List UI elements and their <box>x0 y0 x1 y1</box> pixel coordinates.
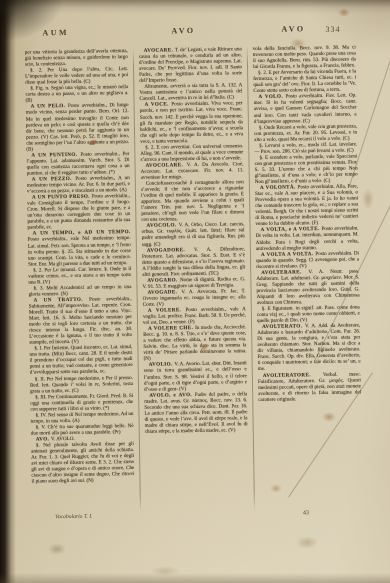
dictionary-paragraph: A VOLO. Posto avverbialm. Fior. Lett. Op… <box>253 93 356 125</box>
entry-headword: AVOLIO. <box>149 362 175 368</box>
page-content: AUM AVO AVO 334 per una vittoria la gran… <box>0 0 390 583</box>
page-number: 334 <box>325 25 340 34</box>
dictionary-paragraph: Conciofussecosachè il romagnuolo allora … <box>141 179 245 223</box>
dictionary-paragraph: §. Onde Recarsi a volo, vale con gran pr… <box>254 123 357 143</box>
entry-headword: AVOCARE. <box>144 47 175 53</box>
footer-volume-label: Vocabolario T. I. <box>55 514 93 521</box>
dictionary-paragraph: A VOLERE CHE. In modo che, Acciocchè. Bo… <box>143 324 247 362</box>
entry-headword: AVOLTERATORE. <box>263 372 323 379</box>
entry-headword: AVOGARO. <box>147 277 180 284</box>
entry-headword: AVOLO, e AVO. <box>149 392 195 399</box>
dictionary-paragraph: AVOLTERATO. V. A. Add. da Avolterare, Ad… <box>257 323 361 373</box>
entry-headword: A VOLERE CHE. <box>148 325 195 332</box>
dictionary-paragraph: vola della fanciulla. Bocc. nov. 9. 38. … <box>253 44 356 70</box>
dictionary-paragraph: AVOGADORE. V. A. Difenditore, Protettore… <box>142 246 245 278</box>
entry-headword: AVOCOLO. <box>146 223 178 230</box>
header-center-label: AVO <box>171 26 195 35</box>
dictionary-paragraph: A UN PELO. Posto avverbialm., Di lungo m… <box>26 102 130 152</box>
entry-headword: AVOCOLARE. <box>146 162 187 169</box>
text-columns: per una vittoria la grandezza dell’averl… <box>25 44 363 513</box>
entry-headword: AVOGADORE. <box>147 247 194 254</box>
entry-headword: A VOLERE. <box>148 307 186 314</box>
entry-headword: A VOCE. <box>145 102 172 108</box>
dictionary-paragraph: §. E figuratam. in signif. att. Pass. co… <box>257 304 360 324</box>
dictionary-paragraph: AVOLIO. V. A. Avorio. Lat. ebur. Ditt. I… <box>144 361 247 393</box>
dictionary-paragraph: §. E scendere a volo, parlando, vale Spa… <box>254 153 357 185</box>
dictionary-paragraph: AVOCOLARE. V. A. Da Avocolo. Cioè, Accec… <box>141 161 244 181</box>
dictionary-paragraph: §. 2. E per Avversario da lui vicenda Fu… <box>253 69 356 95</box>
entry-headword: AVOLTERARE. <box>261 269 308 276</box>
dictionary-paragraph: A UN TEMPO, e AD UN TEMPO. Posto avverbi… <box>28 229 132 267</box>
dictionary-paragraph: §. I. Per Insieme, Quasi incontro, ec. L… <box>29 344 132 376</box>
text-column-1: per una vittoria la grandezza dell’averl… <box>25 48 135 514</box>
text-column-3: vola della fanciulla. Bocc. nov. 9. 38. … <box>253 44 363 510</box>
dictionary-paragraph: A UN PEZZO. Posto avverbialm., A un mede… <box>27 175 130 195</box>
scanned-page: AUM AVO AVO 334 per una vittoria la gran… <box>0 0 390 583</box>
dictionary-paragraph: §. II. Per Nel tempo medesimo, e Per il … <box>30 375 133 395</box>
dictionary-paragraph: §. Fig. n. Segnò una vigna, ec.; le misu… <box>25 84 128 104</box>
dictionary-paragraph: A UN PUNTINO. Posto avverbialm., Per l’a… <box>26 151 129 177</box>
scan-bottom-shadow <box>0 573 390 583</box>
dictionary-paragraph: Altramente, avverrà o sia tutta la S. A.… <box>139 83 242 103</box>
dictionary-paragraph: §. 2. Per Una dopo l’altra. Cic. Lett. L… <box>25 66 128 86</box>
book-gutter-shadow <box>0 0 16 583</box>
entry-headword: A VOLO. <box>258 94 285 100</box>
entry-headword: A UN PEZZO. <box>32 176 76 183</box>
dictionary-paragraph: A VOLTA, e A VOLTE. Posto avverbialm. Di… <box>256 226 359 252</box>
header-right-label: AVO <box>281 24 305 33</box>
dictionary-paragraph: §. Nel plurale talvolta Avoli disse per … <box>31 441 135 485</box>
entry-headword: A UN PUNTINO. <box>31 152 80 159</box>
dictionary-paragraph: AVOCARE. T. de’ Legisti, e vale Ritirare… <box>139 46 243 84</box>
dictionary-paragraph: A UN PUNTO PRESO. Posto avverbialm., val… <box>27 193 131 231</box>
dictionary-paragraph: §. 2. Per Lo innanzi. Car. lettere. §. O… <box>28 266 131 286</box>
dictionary-paragraph: A UN TRATTO. Posto avverbialm., Subitame… <box>29 296 133 346</box>
entry-headword: A UN TRATTO. <box>34 297 90 304</box>
entry-headword: A UN TEMPO, e AD UN TEMPO. <box>33 229 131 237</box>
dictionary-paragraph: AVOCOLO. V. A. Orbo, Cieco. Lat. caecus,… <box>141 222 244 248</box>
entry-headword: A VOLONTÀ. <box>260 184 298 191</box>
entry-headword: A UN PELO. <box>31 103 68 110</box>
entry-headword: A VOLTA A VOLTA. <box>261 251 316 258</box>
dictionary-paragraph: AVOLO, e AVO. Padre del padre, o della m… <box>144 391 248 435</box>
dictionary-paragraph: §. 2. E con avverniar. Con universal con… <box>140 143 243 163</box>
entry-headword: A VOLTA, e A VOLTE. <box>261 226 322 233</box>
text-column-2: AVOCARE. T. de’ Legisti, e vale Ritirare… <box>139 46 249 512</box>
footer-signature: 43 <box>303 510 309 516</box>
dictionary-paragraph: A VOLTA A VOLTA. Posto avverbialm. Di qu… <box>256 250 359 270</box>
dictionary-paragraph: A VOCE. Posto avverbialm. Viva voce, per… <box>140 101 244 145</box>
dictionary-paragraph: AVOGADE. V. A. Avvocata. Fr. Jac. T. Ovv… <box>143 288 246 308</box>
dictionary-paragraph: A VOLERE. Posto avverbialm., vale A vogl… <box>143 306 246 326</box>
dictionary-paragraph: AVOLTERATORE. Verbal. masc. Falsificator… <box>258 371 361 403</box>
dictionary-paragraph: A VOLONTÀ. Posto avverbialm. Alla, Fare,… <box>255 184 359 228</box>
scan-corner-shadow <box>0 0 90 60</box>
entry-headword: AVOLTERATO. <box>262 323 305 330</box>
entry-headword: A UN PUNTO PRESO. <box>32 194 92 201</box>
dictionary-paragraph: §. III. Per Continuamente. Fr. Giord. Pr… <box>30 393 133 413</box>
entry-headword: AVOGADE. <box>148 289 182 296</box>
dictionary-paragraph: §. V. Ch’è tra sue quarantadue leggi bel… <box>31 423 134 437</box>
